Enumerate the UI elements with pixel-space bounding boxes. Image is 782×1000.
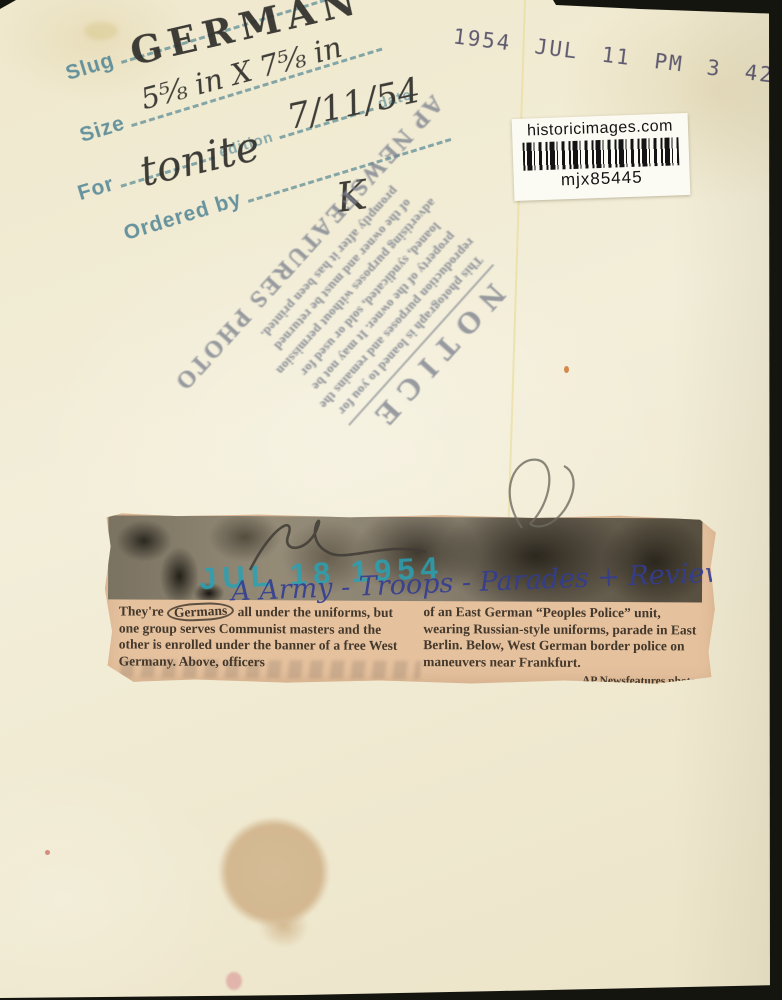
for-label: For (75, 172, 117, 205)
photo-verso-scan: Slug Size Foreditiondate Ordered by GERM… (0, 0, 782, 1000)
ordered-by-label: Ordered by (121, 187, 244, 245)
pencil-loop-mark (492, 448, 602, 534)
caption-right-column: of an East German “Peoples Police” unit,… (423, 604, 704, 689)
paper-stain (188, 787, 359, 957)
barcode-sticker: historicimages.com mjx85445 (512, 113, 691, 201)
red-speck (45, 850, 50, 855)
orange-speck (564, 366, 569, 373)
barcode-icon (522, 137, 679, 170)
caption-right-text: of an East German “Peoples Police” unit,… (423, 604, 696, 670)
caption-circled-word: Germans (167, 601, 235, 622)
caption-left-column: They're Germans all under the uniforms, … (119, 602, 400, 687)
pen-scribble-mark (238, 512, 448, 582)
receiving-date-stamp: 1954 JUL 11 PM 3 42 (452, 24, 776, 87)
clipping-caption: They're Germans all under the uniforms, … (119, 602, 704, 688)
age-spot (84, 22, 118, 40)
size-label: Size (77, 112, 128, 147)
slug-label: Slug (63, 49, 117, 85)
caption-left-pre: They're (119, 603, 167, 618)
caption-credit: AP Newsfeatures photos. (423, 673, 704, 689)
pink-smudge (226, 972, 242, 990)
